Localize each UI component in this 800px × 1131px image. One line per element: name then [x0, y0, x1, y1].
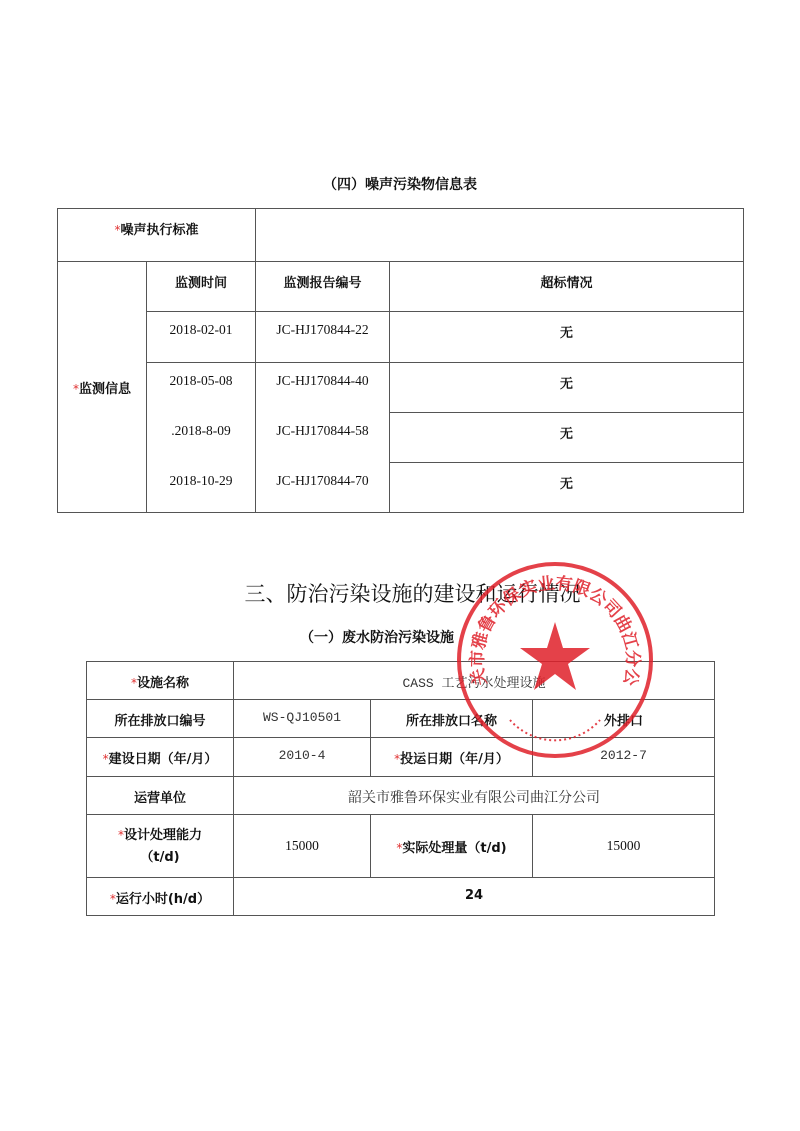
design-capacity-value: 15000	[234, 815, 371, 878]
report-number: JC-HJ170844-22	[256, 312, 390, 363]
report-number: JC-HJ170844-40	[256, 363, 390, 413]
table-row: 2018-10-29 JC-HJ170844-70 无	[58, 463, 744, 513]
outlet-number-label: 所在排放口编号	[87, 700, 234, 738]
header-monitor-time: 监测时间	[147, 262, 256, 312]
monitor-date: .2018-8-09	[147, 413, 256, 463]
operating-hours-value: 24	[234, 878, 715, 916]
noise-standard-label: *噪声执行标准	[58, 209, 256, 262]
exceed-status: 无	[390, 363, 744, 413]
operator-label: 运营单位	[87, 777, 234, 815]
wastewater-facility-table: *设施名称 CASS 工艺污水处理设施 所在排放口编号 WS-QJ10501 所…	[86, 661, 715, 916]
table-row: 2018-02-01 JC-HJ170844-22 无	[58, 312, 744, 363]
monitor-date: 2018-05-08	[147, 363, 256, 413]
noise-standard-value	[256, 209, 744, 262]
exceed-status: 无	[390, 463, 744, 513]
operating-hours-label: *运行小时(h/d）	[87, 878, 234, 916]
outlet-number-value: WS-QJ10501	[234, 700, 371, 738]
report-number: JC-HJ170844-70	[256, 463, 390, 513]
facility-name-value: CASS 工艺污水处理设施	[234, 662, 715, 700]
outlet-name-value: 外排口	[533, 700, 715, 738]
header-exceed-status: 超标情况	[390, 262, 744, 312]
monitor-info-label: *监测信息	[58, 262, 147, 513]
report-number: JC-HJ170844-58	[256, 413, 390, 463]
table-row: 2018-05-08 JC-HJ170844-40 无	[58, 363, 744, 413]
outlet-name-label: 所在排放口名称	[371, 700, 533, 738]
design-capacity-label: *设计处理能力（t/d)	[87, 815, 234, 878]
exceed-status: 无	[390, 312, 744, 363]
section-title: 三、防治污染设施的建设和运行情况	[0, 578, 800, 608]
monitor-date: 2018-02-01	[147, 312, 256, 363]
build-date-value: 2010-4	[234, 738, 371, 777]
header-report-number: 监测报告编号	[256, 262, 390, 312]
table-row: .2018-8-09 JC-HJ170844-58 无	[58, 413, 744, 463]
actual-volume-value: 15000	[533, 815, 715, 878]
operator-value: 韶关市雅鲁环保实业有限公司曲江分公司	[234, 777, 715, 815]
monitor-date: 2018-10-29	[147, 463, 256, 513]
operation-date-label: *投运日期（年/月）	[371, 738, 533, 777]
operation-date-value: 2012-7	[533, 738, 715, 777]
exceed-status: 无	[390, 413, 744, 463]
facility-name-label: *设施名称	[87, 662, 234, 700]
actual-volume-label: *实际处理量（t/d)	[371, 815, 533, 878]
build-date-label: *建设日期（年/月）	[87, 738, 234, 777]
noise-pollutant-table: *噪声执行标准 *监测信息 监测时间 监测报告编号 超标情况 2018-02-0…	[57, 208, 744, 513]
wastewater-subtitle: （一）废水防治污染设施	[300, 627, 454, 647]
noise-table-title: （四）噪声污染物信息表	[0, 174, 800, 194]
